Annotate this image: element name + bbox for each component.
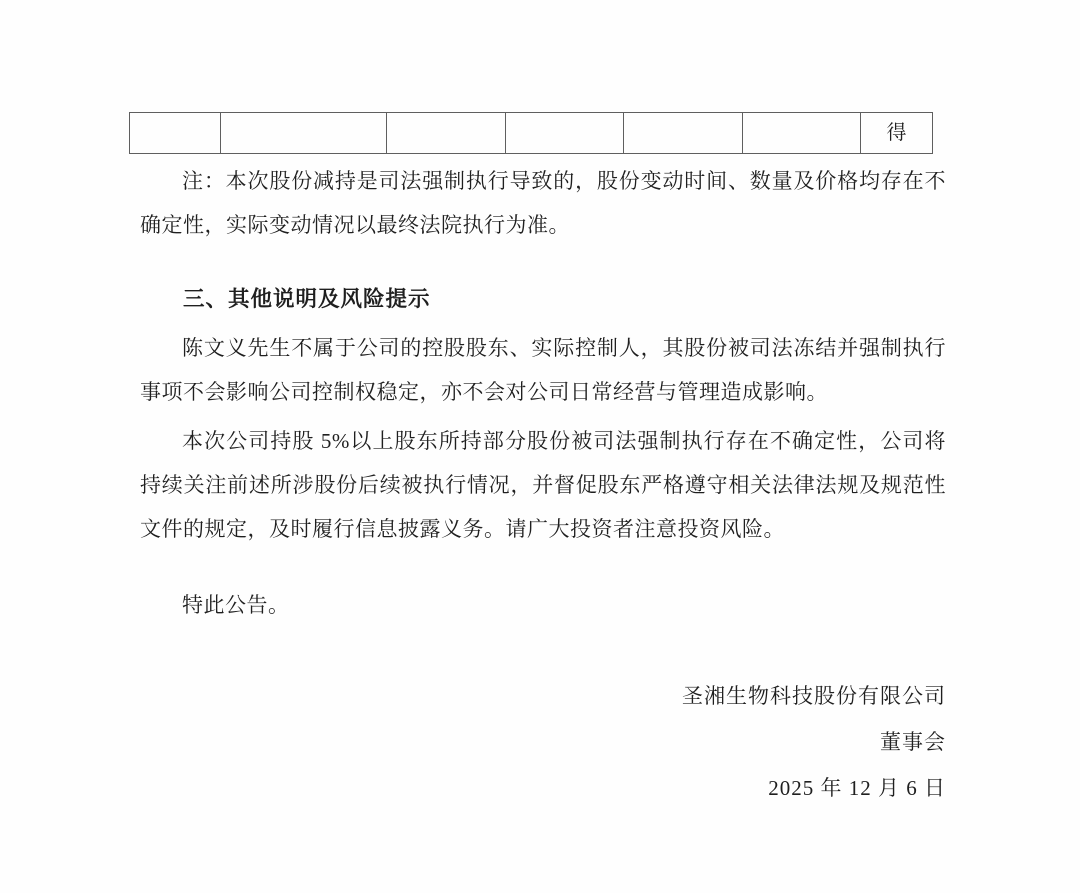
section-heading: 三、其他说明及风险提示	[140, 277, 946, 321]
closing-statement: 特此公告。	[140, 583, 946, 627]
table-cell	[221, 113, 387, 154]
announcement-date: 2025 年 12 月 6 日	[140, 765, 946, 811]
paragraph-control-statement: 陈文义先生不属于公司的控股股东、实际控制人，其股份被司法冻结并强制执行事项不会影…	[140, 326, 946, 414]
signature-block: 圣湘生物科技股份有限公司 董事会 2025 年 12 月 6 日	[140, 673, 946, 811]
paragraph-risk-statement: 本次公司持股 5%以上股东所持部分股份被司法强制执行存在不确定性，公司将持续关注…	[140, 419, 946, 551]
table-cell	[624, 113, 743, 154]
table-cell: 得	[861, 113, 933, 154]
announcement-page: 得 注：本次股份减持是司法强制执行导致的，股份变动时间、数量及价格均存在不确定性…	[0, 0, 1080, 893]
table-cell	[387, 113, 506, 154]
table-cell	[506, 113, 624, 154]
continuation-table: 得	[129, 112, 933, 154]
signer: 董事会	[140, 719, 946, 765]
company-name: 圣湘生物科技股份有限公司	[140, 673, 946, 719]
table-note: 注：本次股份减持是司法强制执行导致的，股份变动时间、数量及价格均存在不确定性，实…	[140, 159, 946, 247]
table-cell	[130, 113, 221, 154]
table-row: 得	[130, 113, 933, 154]
table-cell	[743, 113, 861, 154]
